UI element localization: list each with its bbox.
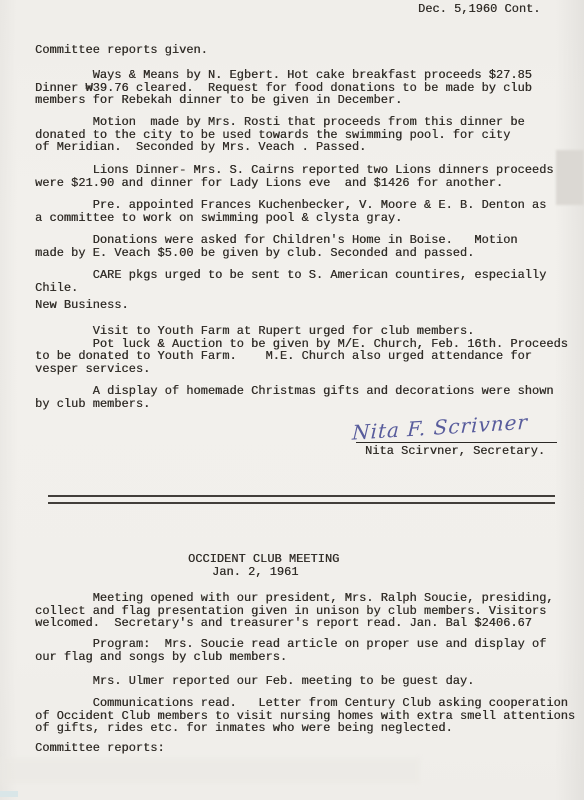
committee-reports-footer: Committee reports: — [35, 742, 580, 755]
meeting-date: Jan. 2, 1961 — [212, 566, 298, 579]
paragraph-ways-means: Ways & Means by N. Egbert. Hot cake brea… — [35, 69, 580, 107]
paragraph-donations: Donations were asked for Children's Home… — [35, 234, 580, 259]
paragraph-rosti-motion: Motion made by Mrs. Rosti that proceeds … — [35, 116, 580, 154]
paragraph-lions-dinner: Lions Dinner- Mrs. S. Cairns reported tw… — [35, 164, 580, 189]
secretary-signature-handwritten: Nita F. Scrivner — [352, 407, 568, 444]
paragraph-ulmer-guest-day: Mrs. Ulmer reported our Feb. meeting to … — [35, 675, 580, 688]
section-divider-rule — [48, 495, 555, 504]
paragraph-care-pkgs: CARE pkgs urged to be sent to S. America… — [35, 269, 580, 294]
scanned-minutes-page: Dec. 5,1960 Cont. Committee reports give… — [0, 0, 584, 800]
paragraph-communications: Communications read. Letter from Century… — [35, 697, 580, 735]
paragraph-program: Program: Mrs. Soucie read article on pro… — [35, 638, 580, 663]
date-header: Dec. 5,1960 Cont. — [418, 3, 540, 16]
paragraph-pre-appointed: Pre. appointed Frances Kuchenbecker, V. … — [35, 199, 580, 224]
committee-reports-heading: Committee reports given. — [35, 44, 580, 57]
paragraph-christmas-display: A display of homemade Christmas gifts an… — [35, 385, 580, 410]
paragraph-meeting-opened: Meeting opened with our president, Mrs. … — [35, 592, 580, 630]
new-business-heading: New Business. — [35, 299, 580, 312]
scan-artifact-bottom-band — [0, 758, 420, 784]
signature-line — [356, 442, 557, 443]
scan-artifact-corner-patch — [0, 791, 18, 797]
meeting-title: OCCIDENT CLUB MEETING — [188, 553, 339, 566]
paragraph-youth-farm: Visit to Youth Farm at Rupert urged for … — [35, 325, 580, 375]
secretary-signature-typed: Nita Scirvner, Secretary. — [365, 445, 545, 458]
